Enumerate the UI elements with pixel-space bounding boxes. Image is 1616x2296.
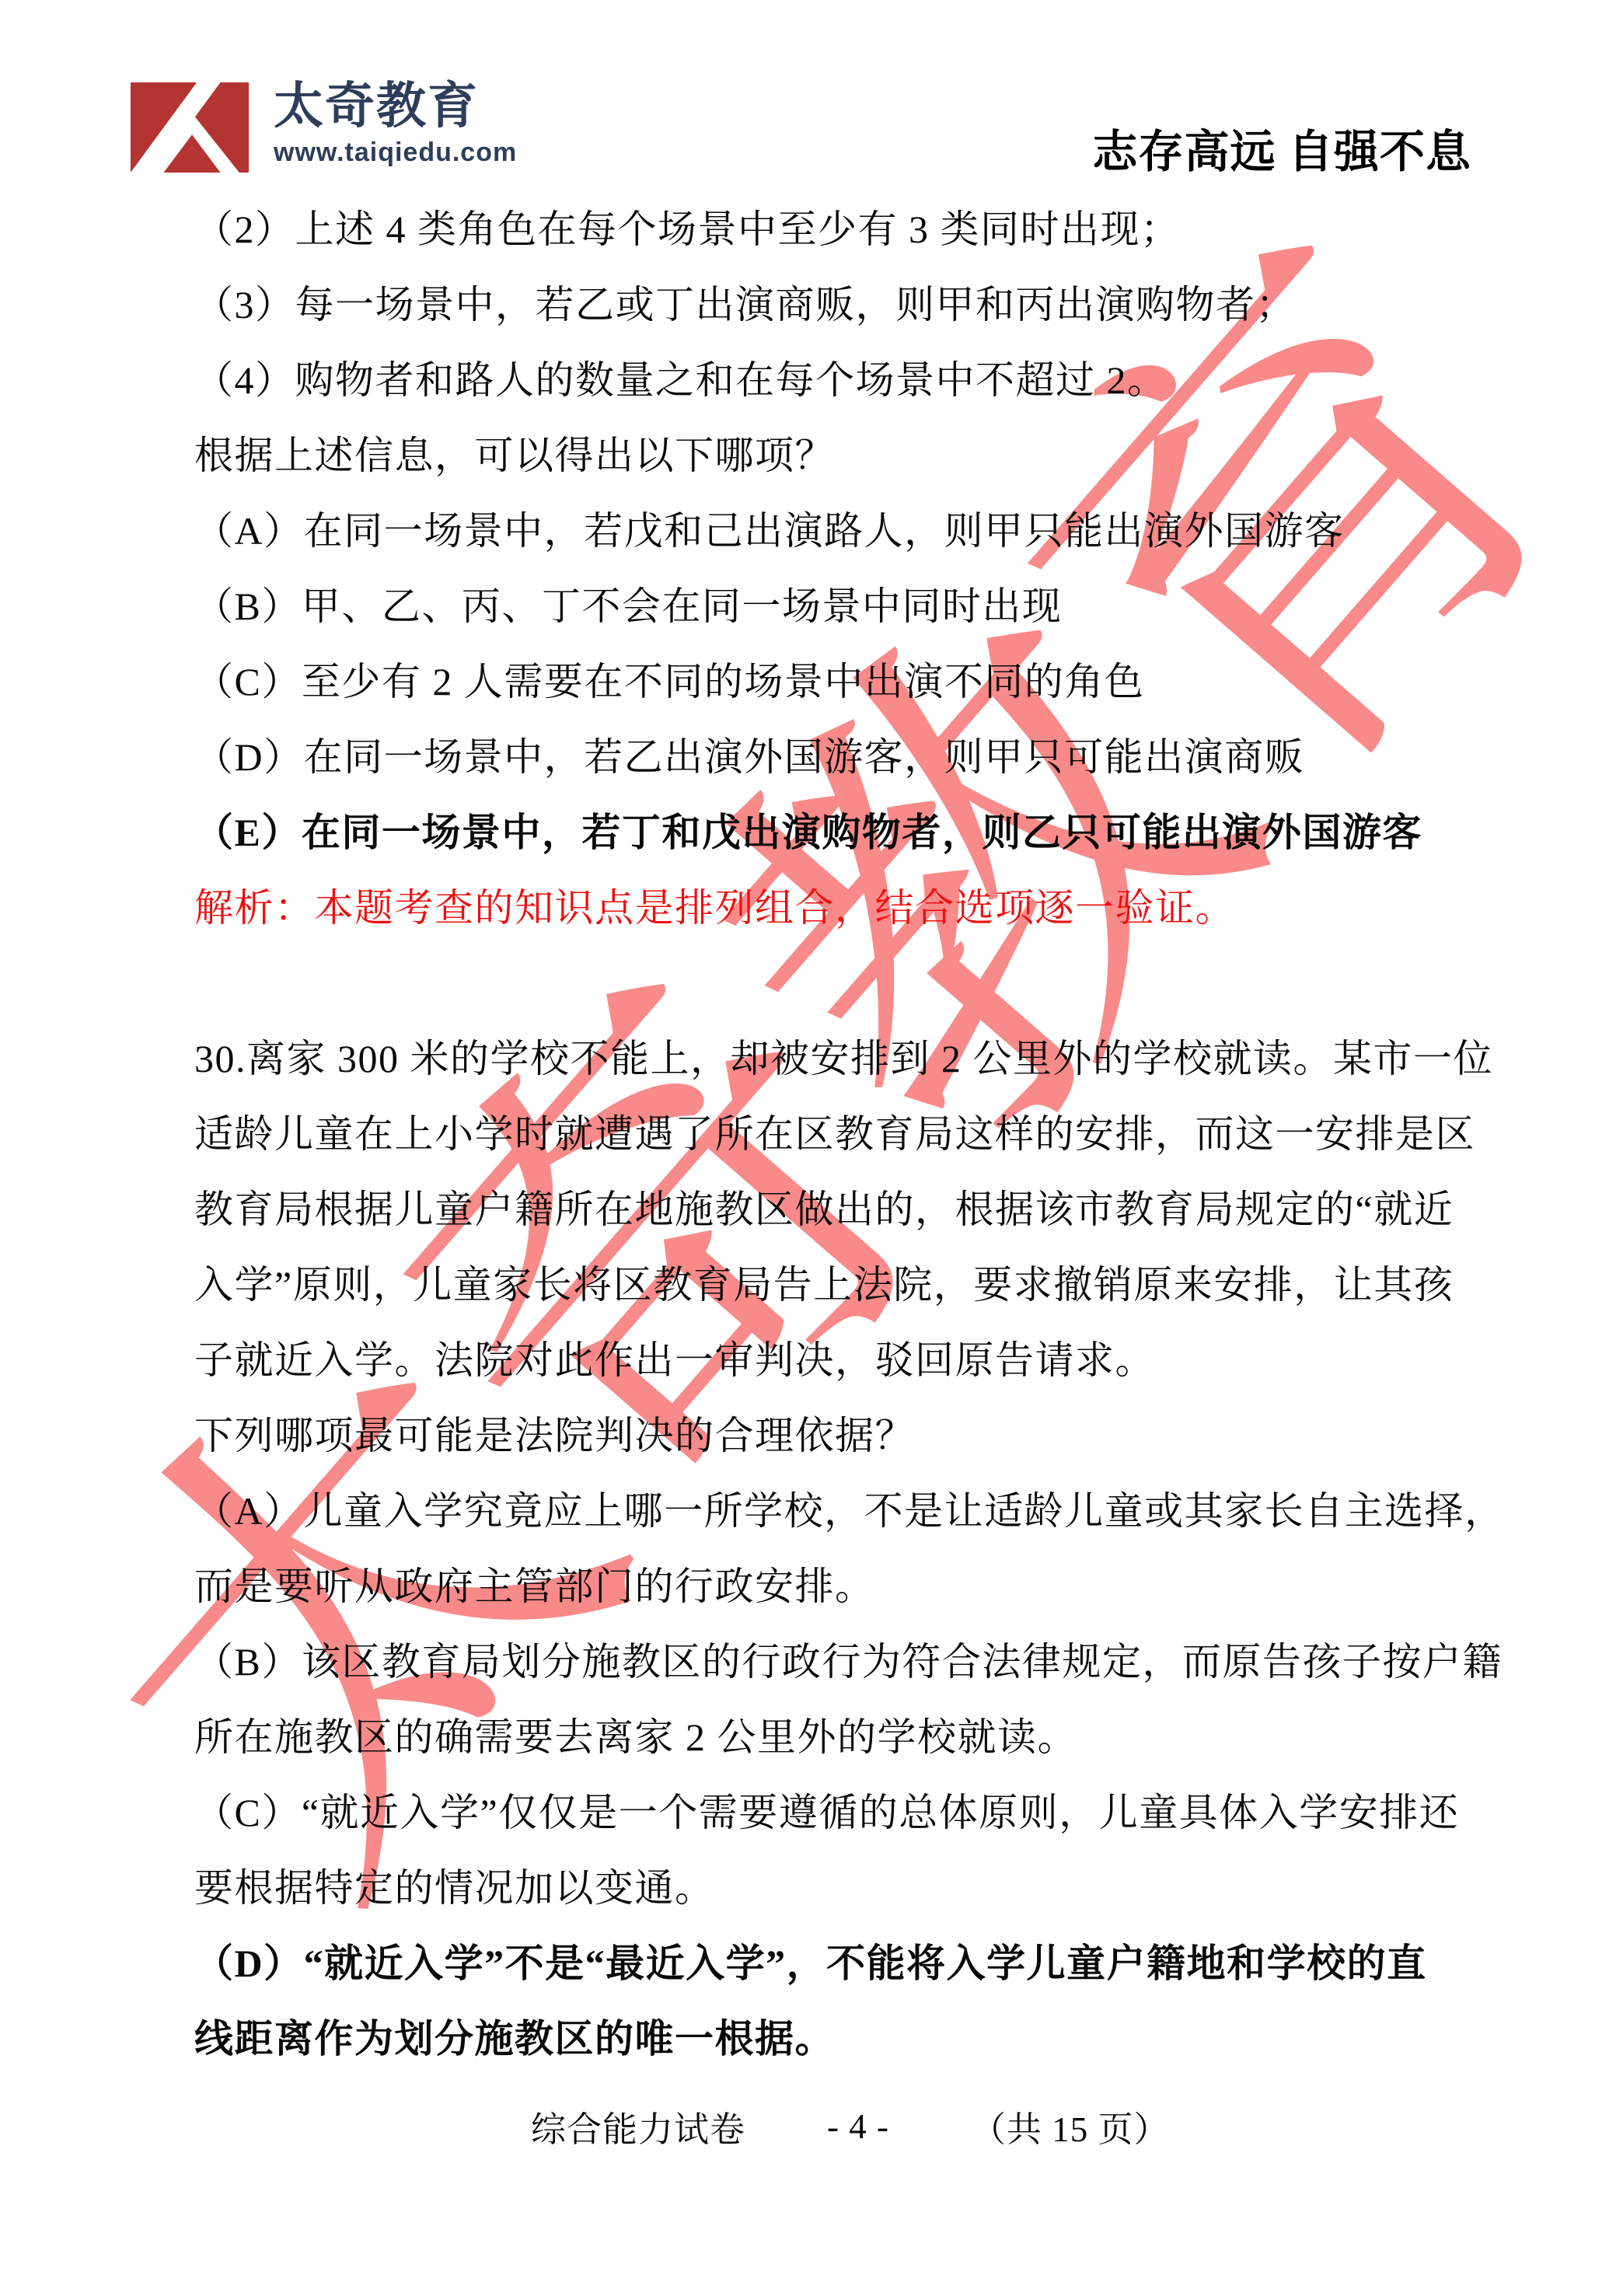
- text-line: 解析：本题考查的知识点是排列组合，结合选项逐一验证。: [194, 871, 1569, 946]
- text-line: （E）在同一场景中，若丁和戊出演购物者，则乙只可能出演外国游客: [194, 795, 1569, 871]
- text-line: 根据上述信息，可以得出以下哪项？: [194, 418, 1569, 494]
- text-line: 所在施教区的确需要去离家 2 公里外的学校就读。: [194, 1700, 1569, 1775]
- exam-paper-page: 太奇教育 www.taiqiedu.com 志存高远 自强不息 太奇教育 （2）…: [0, 0, 1616, 2296]
- taiqi-logo-icon: [131, 82, 249, 173]
- brand-name: 太奇教育: [274, 75, 600, 137]
- text-line: （A）在同一场景中，若戊和己出演路人，则甲只能出演外国游客: [194, 494, 1569, 569]
- text-line: （D）“就近入学”不是“最近入学”，不能将入学儿童户籍地和学校的直: [194, 1926, 1569, 2001]
- text-line: 而是要听从政府主管部门的行政安排。: [194, 1549, 1569, 1624]
- text-line: （C）至少有 2 人需要在不同的场景中出演不同的角色: [194, 644, 1569, 720]
- footer-total-pages: （共 15 页）: [971, 2101, 1170, 2151]
- text-line: （B）该区教育局划分施教区的行政行为符合法律规定，而原告孩子按户籍: [194, 1624, 1569, 1700]
- text-line: [194, 946, 1569, 1021]
- text-line: （3）每一场景中，若乙或丁出演商贩，则甲和丙出演购物者；: [194, 267, 1569, 343]
- text-line: 要根据特定的情况加以变通。: [194, 1851, 1569, 1926]
- text-line: 入学”原则，儿童家长将区教育局告上法院，要求撤销原来安排，让其孩: [194, 1247, 1569, 1323]
- text-line: 下列哪项最可能是法院判决的合理依据？: [194, 1398, 1569, 1474]
- text-line: 子就近入学。法院对此作出一审判决，驳回原告请求。: [194, 1323, 1569, 1398]
- text-line: （A）儿童入学究竟应上哪一所学校，不是让适龄儿童或其家长自主选择，: [194, 1474, 1569, 1549]
- text-line: 线距离作为划分施教区的唯一根据。: [194, 2001, 1569, 2077]
- page-footer: 综合能力试卷 - 4 - （共 15 页）: [531, 2101, 1170, 2151]
- text-line: （D）在同一场景中，若乙出演外国游客，则甲只可能出演商贩: [194, 720, 1569, 795]
- text-line: （C）“就近入学”仅仅是一个需要遵循的总体原则，儿童具体入学安排还: [194, 1775, 1569, 1851]
- text-line: 教育局根据儿童户籍所在地施教区做出的，根据该市教育局规定的“就近: [194, 1172, 1569, 1247]
- text-line: （B）甲、乙、丙、丁不会在同一场景中同时出现: [194, 569, 1569, 644]
- text-line: 适龄儿童在上小学时就遭遇了所在区教育局这样的安排，而这一安排是区: [194, 1097, 1569, 1172]
- header-slogan: 志存高远 自强不息: [1092, 115, 1471, 180]
- text-line: （4）购物者和路人的数量之和在每个场景中不超过 2。: [194, 343, 1569, 418]
- brand-website: www.taiqiedu.com: [274, 137, 600, 168]
- text-line: （2）上述 4 类角色在每个场景中至少有 3 类同时出现；: [194, 192, 1569, 267]
- footer-paper-title: 综合能力试卷: [531, 2101, 745, 2151]
- brand-block: 太奇教育 www.taiqiedu.com: [274, 75, 600, 168]
- question-text: （2）上述 4 类角色在每个场景中至少有 3 类同时出现；（3）每一场景中，若乙…: [194, 192, 1569, 2077]
- text-line: 30.离家 300 米的学校不能上，却被安排到 2 公里外的学校就读。某市一位: [194, 1021, 1569, 1097]
- footer-page-number: - 4 -: [827, 2106, 889, 2147]
